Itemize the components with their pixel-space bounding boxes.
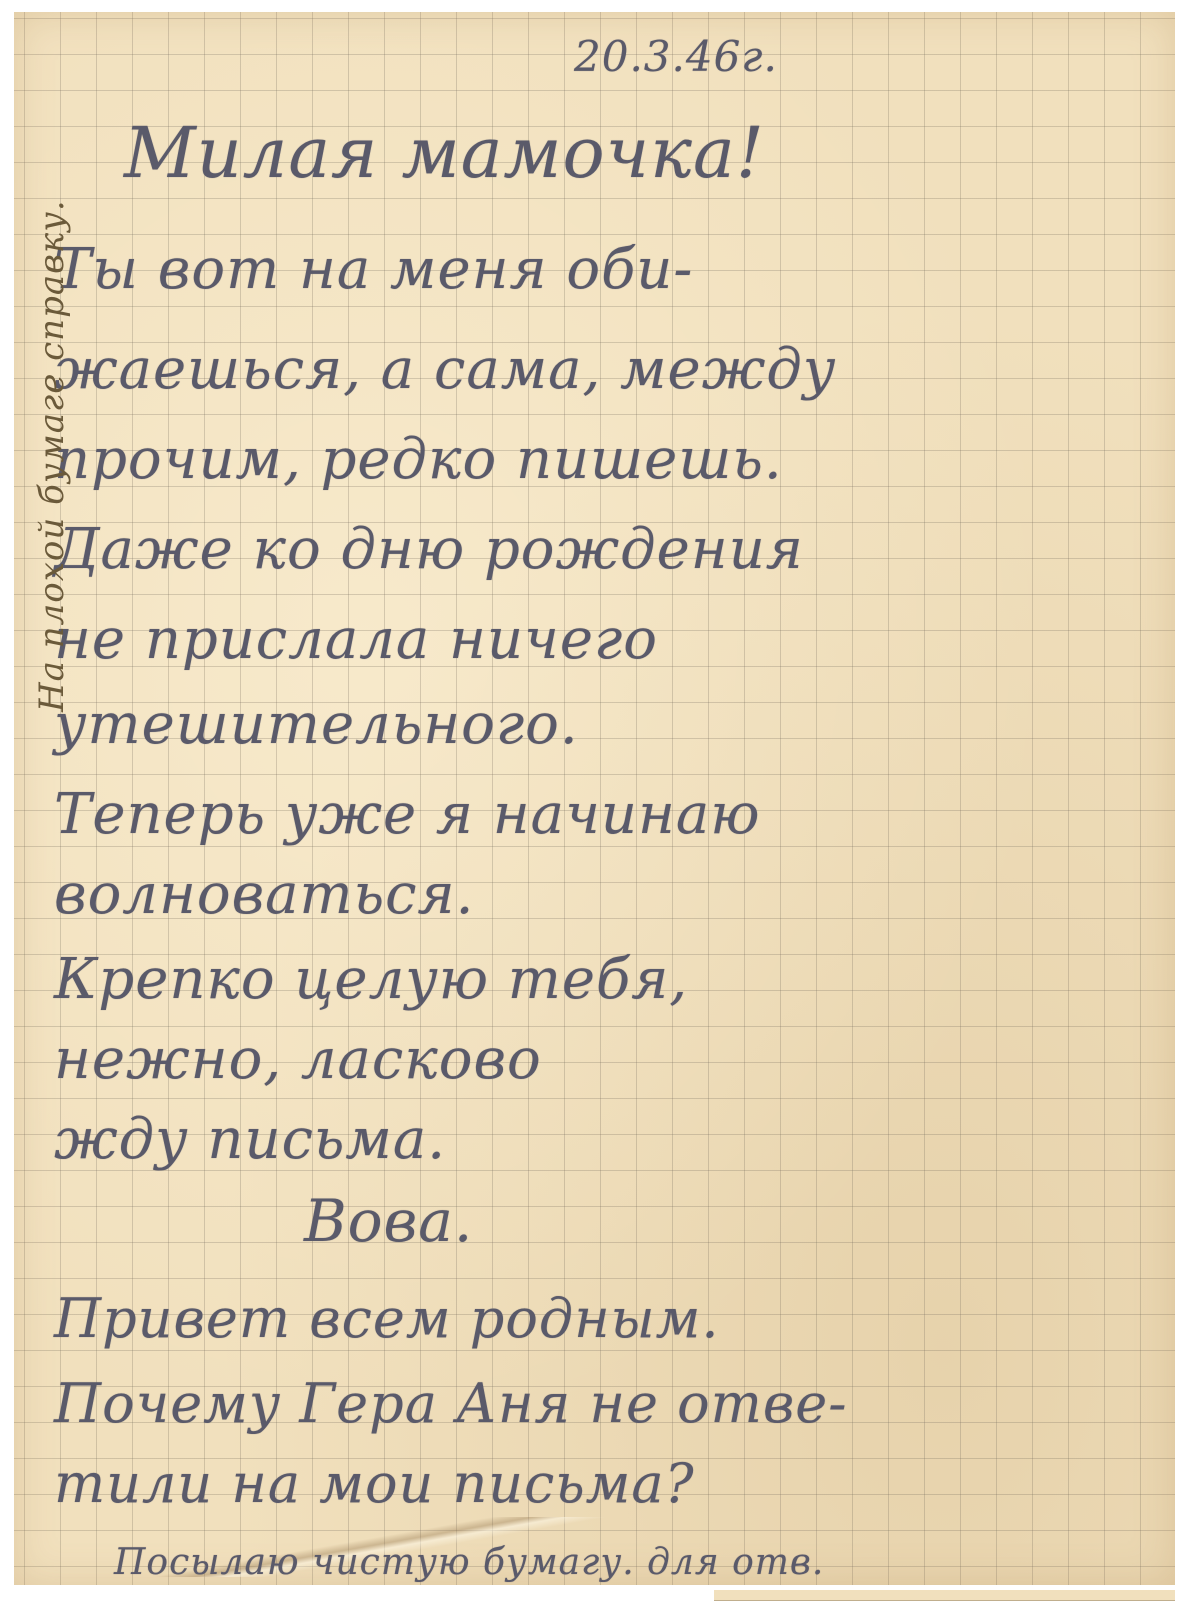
body-line-9: Крепко целую тебя,	[54, 947, 688, 1012]
torn-bottom-edge	[714, 1590, 1175, 1601]
letter-signature: Вова.	[304, 1187, 473, 1255]
postscript-line-1: Привет всем родным.	[54, 1287, 720, 1350]
body-line-11: жду письма.	[54, 1107, 446, 1172]
letter-date: 20.3.46г.	[574, 32, 778, 81]
body-line-3: прочим, редко пишешь.	[54, 427, 783, 492]
postscript-line-3: тили на мои письма?	[54, 1452, 695, 1515]
letter-footnote: Посылаю чистую бумагу. для отв.	[114, 1542, 824, 1583]
letter-paper: 20.3.46г. Милая мамочка! Ты вот на меня …	[14, 12, 1175, 1585]
body-line-10: нежно, ласково	[54, 1027, 542, 1092]
perforated-top-edge	[14, 8, 1175, 16]
margin-note-vertical: На плохой бумаге справку.	[32, 199, 72, 712]
body-line-4: Даже ко дню рождения	[54, 517, 804, 582]
postscript-line-2: Почему Гера Аня не отве-	[54, 1372, 847, 1435]
body-line-7: Теперь уже я начинаю	[54, 782, 761, 847]
letter-salutation: Милая мамочка!	[124, 112, 765, 194]
body-line-5: не прислала ничего	[54, 607, 658, 672]
body-line-6: утешительного.	[54, 692, 579, 757]
body-line-2: жаешься, а сама, между	[54, 337, 836, 402]
body-line-1: Ты вот на меня оби-	[54, 237, 693, 302]
body-line-8: волноваться.	[54, 862, 474, 927]
